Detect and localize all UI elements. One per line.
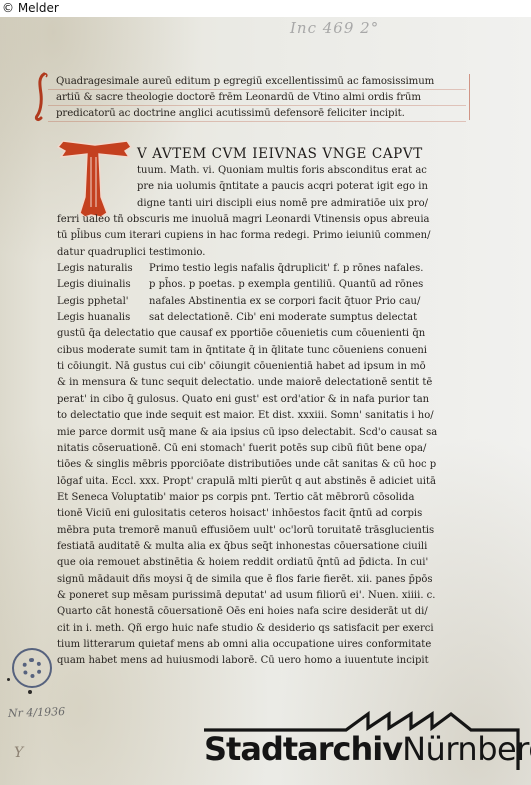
caption-bar: © Melder (0, 0, 531, 17)
text-line: mie parce dormit usq̄ mane & aia ipsius … (57, 425, 487, 441)
library-stamp-icon (12, 648, 52, 688)
legis-text: Primo testio legis nafalis q̄druplicit' … (149, 261, 423, 277)
text-line: mēbra puta tremorē manuū effusiōem uult'… (57, 523, 487, 539)
legis-text: nafales Abstinentia ex se corpori facit … (149, 294, 420, 310)
legis-text: p ph̄os. p poetas. p exempla gentiliū. Q… (149, 277, 423, 293)
copyright-caption: © Melder (2, 1, 59, 15)
text-line: tionē Viciū eni gulositatis ceteros hois… (57, 506, 487, 522)
body-text: tuum. Math. vi. Quoniam multis foris abs… (57, 163, 487, 670)
legis-row: Legis pphetal' nafales Abstinentia ex se… (57, 294, 487, 310)
shelfmark-pencil-note: Inc 469 2° (290, 19, 379, 37)
incipit-line: artiū & sacre theologie doctorē frēm Leo… (48, 90, 466, 106)
text-line: pre nia uolumis q̄ntitate a paucis acqri… (57, 179, 487, 195)
legis-text: sat delectationē. Cib' eni moderate sump… (149, 310, 417, 326)
legis-row: Legis huanalis sat delectationē. Cib' en… (57, 310, 487, 326)
text-line: nitatis cōseruationē. Cū eni stomach' fu… (57, 441, 487, 457)
incipit-margin-rule (469, 74, 470, 120)
chapter-heading: V AVTEM CVM IEIVNAS VNGE CAPVT (137, 146, 423, 162)
marginal-note: Y (14, 745, 23, 761)
text-line: cit in i. meth. Qñ ergo huic nafe studio… (57, 621, 487, 637)
text-line: tuum. Math. vi. Quoniam multis foris abs… (57, 163, 487, 179)
text-line: Et Seneca Voluptatib' maior ps corpis pn… (57, 490, 487, 506)
incipit-line: predicatorū ac doctrine anglici acutissi… (48, 106, 466, 122)
stadtarchiv-logo: StadtarchivNürnberg (204, 729, 531, 775)
incipit-block: Q Quadragesimale aureū editum p egregiū … (48, 74, 466, 122)
text-line: ferri ualeo tñ obscuris me inuoluā magri… (57, 212, 487, 228)
legis-row: Legis naturalis Primo testio legis nafal… (57, 261, 487, 277)
legis-label: Legis pphetal' (57, 294, 149, 310)
text-line: quam habet mens ad huiusmodi laborē. Cū … (57, 653, 487, 669)
text-line: que oia remouet abstinētia & hoiem reddi… (57, 555, 487, 571)
text-line: & in mensura & tunc sequit delectatio. u… (57, 375, 487, 391)
legis-label: Legis naturalis (57, 261, 149, 277)
text-line: cibus moderate sumit tam in q̄ntitate q̄… (57, 343, 487, 359)
ink-dot (28, 690, 32, 694)
incipit-line: Quadragesimale aureū editum p egregiū ex… (48, 74, 466, 90)
inventory-number: Nr 4/1936 (8, 705, 66, 720)
text-line: digne tanti uiri discipli eius nomē pre … (57, 196, 487, 212)
logo-word-stadtarchiv: Stadtarchiv (204, 730, 402, 768)
text-line: tiōes & singlis mēbris pporciōate distri… (57, 457, 487, 473)
legis-label: Legis huanalis (57, 310, 149, 326)
text-line: signū mādauit dñs moysi q̄ de simila que… (57, 572, 487, 588)
text-line: festiatā auditatē & multa alia ex q̄bus … (57, 539, 487, 555)
text-line: tium litterarum quietaf mens ab omni ali… (57, 637, 487, 653)
text-line: datur quadruplici testimonio. (57, 245, 487, 261)
text-line: & poneret sup mēsam purissimā deputat' a… (57, 588, 487, 604)
text-line: gustū q̄a delectatio que causaf ex pport… (57, 326, 487, 342)
text-line: lōgaf uita. Eccl. xxx. Propt' crapulā ml… (57, 474, 487, 490)
text-line: perat' in cibo q̄ gulosus. Quato eni gus… (57, 392, 487, 408)
text-line: to delectatio que inde sequit est maior.… (57, 408, 487, 424)
text-line: tū pl̄ibus cum iterari cupiens in hac fo… (57, 228, 487, 244)
logo-word-nuernberg: Nürnberg (402, 730, 531, 768)
incipit-initial-flourish-icon (34, 72, 48, 122)
text-line: ti cōiungit. Nā gustus cui cib' cōiungit… (57, 359, 487, 375)
legis-row: Legis diuinalis p ph̄os. p poetas. p exe… (57, 277, 487, 293)
legis-label: Legis diuinalis (57, 277, 149, 293)
ink-dot (7, 678, 10, 681)
text-line: Quarto cāt honestā cōuersationē Oēs eni … (57, 604, 487, 620)
